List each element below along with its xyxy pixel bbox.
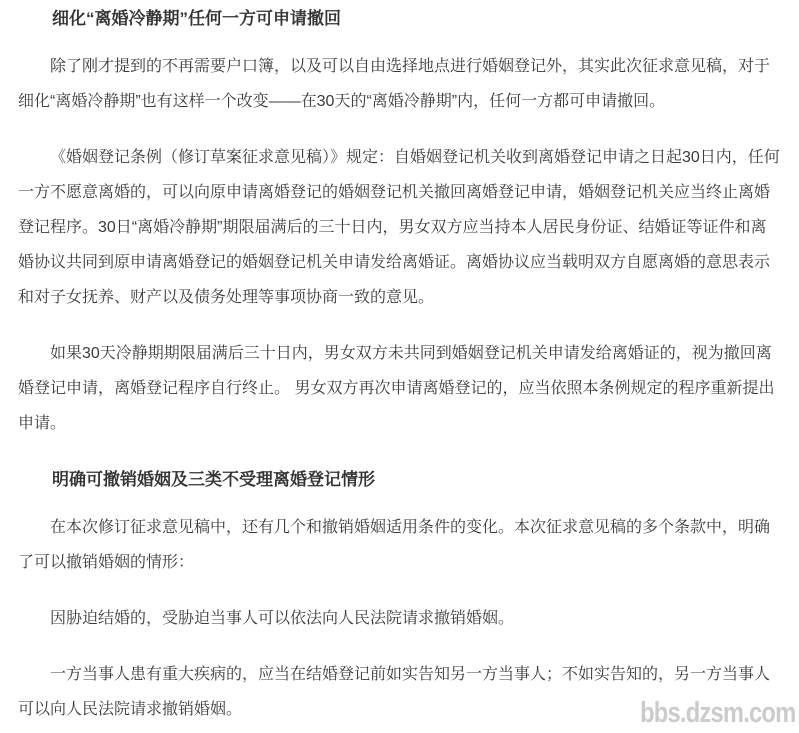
paragraph: 在本次修订征求意见稿中，还有几个和撤销婚姻适用条件的变化。本次征求意见稿的多个条…: [18, 510, 781, 580]
watermark: bbs.dzsm.com: [640, 697, 795, 730]
article-body: 细化“离婚冷静期”任何一方可申请撤回 除了刚才提到的不再需要户口簿，以及可以自由…: [0, 0, 799, 727]
paragraph: 因胁迫结婚的，受胁迫当事人可以依法向人民法院请求撤销婚姻。: [18, 601, 781, 636]
section-heading-cooling-off-withdraw: 细化“离婚冷静期”任何一方可申请撤回: [18, 1, 781, 36]
paragraph: 《婚姻登记条例（修订草案征求意见稿）》规定：自婚姻登记机关收到离婚登记申请之日起…: [18, 140, 781, 315]
paragraph: 如果30天冷静期期限届满后三十日内，男女双方未共同到婚姻登记机关申请发给离婚证的…: [18, 336, 781, 441]
paragraph: 除了刚才提到的不再需要户口簿，以及可以自由选择地点进行婚姻登记外，其实此次征求意…: [18, 49, 781, 119]
section-heading-annulment-cases: 明确可撤销婚姻及三类不受理离婚登记情形: [18, 462, 781, 497]
